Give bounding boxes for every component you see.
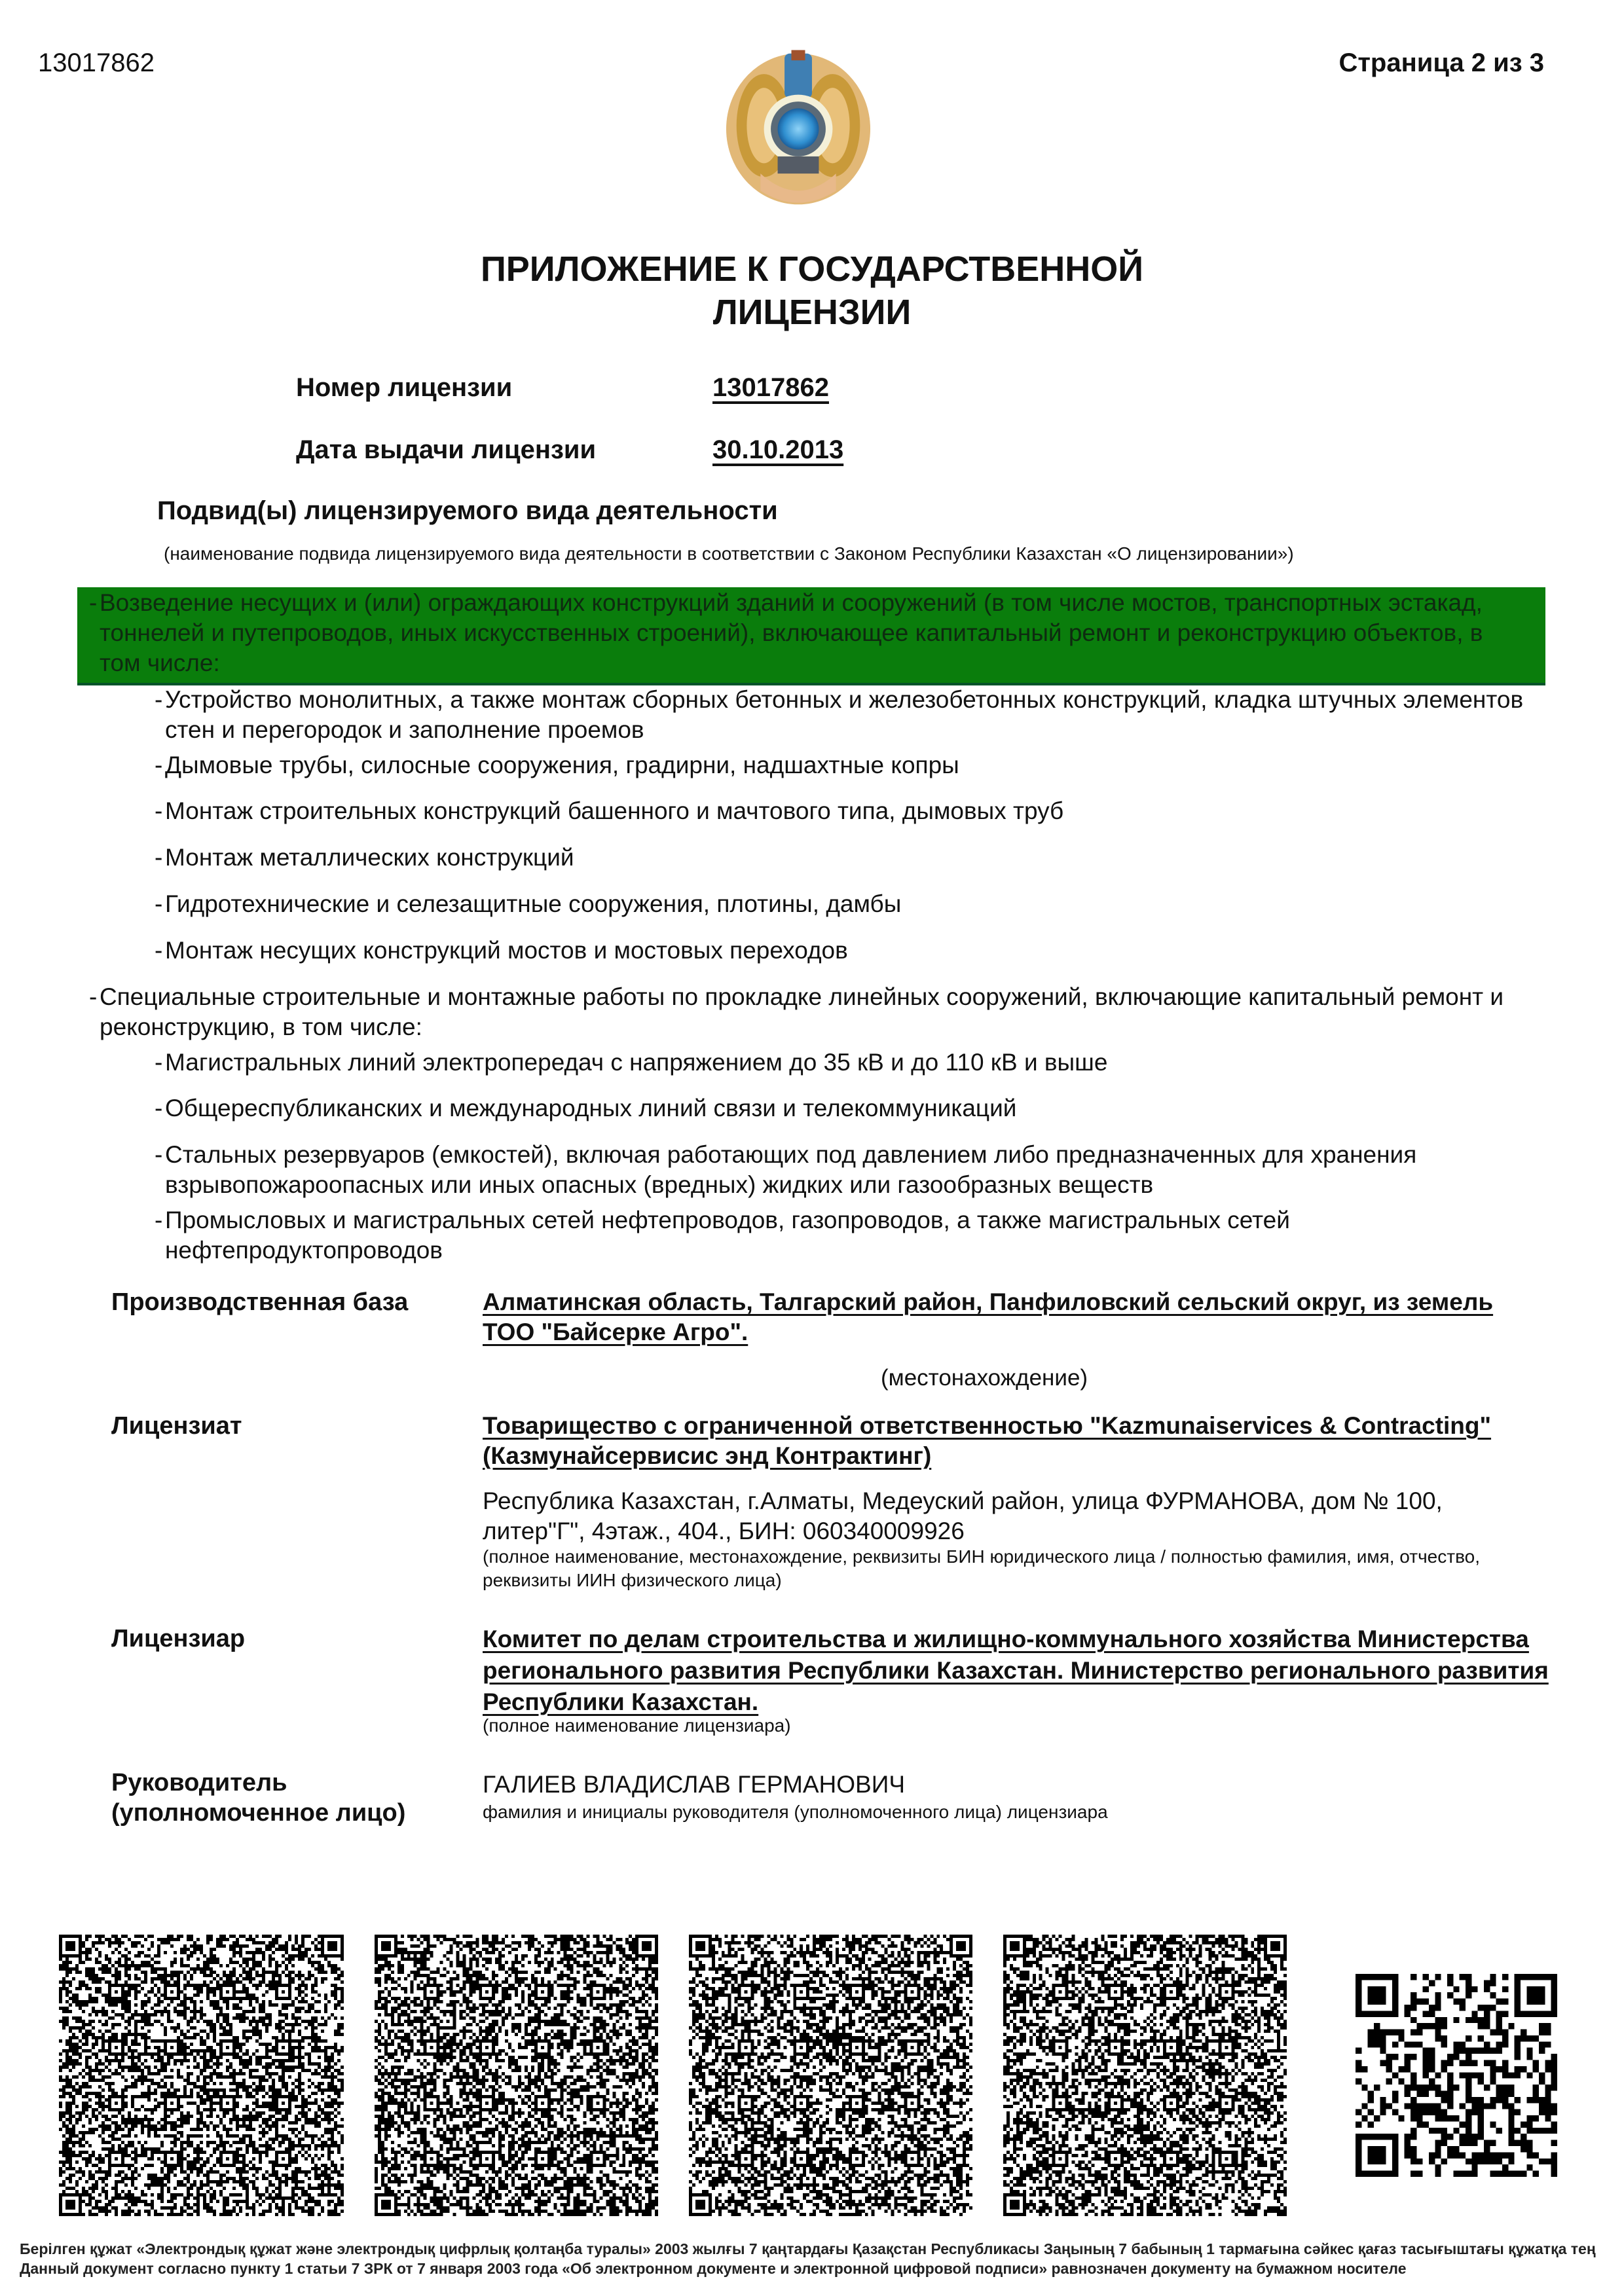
list-item: -Монтаж строительных конструкций башенно…	[165, 796, 1540, 826]
license-number-value: 13017862	[712, 373, 829, 403]
head-caption: фамилия и инициалы руководителя (уполном…	[483, 1800, 1550, 1824]
subtypes-note: (наименование подвида лицензируемого вид…	[164, 543, 1294, 564]
licensor-name: Комитет по делам строительства и жилищно…	[483, 1624, 1550, 1718]
licensee-address: Республика Казахстан, г.Алматы, Медеуски…	[483, 1486, 1550, 1546]
title-line-1: ПРИЛОЖЕНИЕ К ГОСУДАРСТВЕННОЙ	[0, 247, 1624, 291]
license-number-label: Номер лицензии	[296, 373, 512, 403]
activity-group-2: -Специальные строительные и монтажные ра…	[100, 982, 1507, 1042]
activity-group-text: Возведение несущих и (или) ограждающих к…	[100, 589, 1483, 676]
title-line-2: ЛИЦЕНЗИИ	[0, 291, 1624, 334]
list-item: -Монтаж несущих конструкций мостов и мос…	[165, 936, 1540, 966]
kazakhstan-state-emblem-icon	[712, 43, 884, 215]
licensee-label: Лицензиат	[111, 1411, 242, 1441]
issue-date-label: Дата выдачи лицензии	[296, 435, 596, 465]
list-item: -Устройство монолитных, а также монтаж с…	[165, 685, 1540, 745]
production-base-value: Алматинская область, Талгарский район, П…	[483, 1287, 1550, 1347]
footer-legal-ru: Данный документ согласно пункту 1 статьи…	[20, 2260, 1407, 2278]
data-matrix-qr-code-3	[689, 1935, 972, 2216]
verification-qr-code	[1356, 1974, 1557, 2177]
document-number: 13017862	[38, 48, 155, 78]
list-item: -Промысловых и магистральных сетей нефте…	[165, 1205, 1540, 1266]
footer-legal-kz: Берілген құжат «Электрондық құжат және э…	[20, 2240, 1596, 2258]
list-item: -Гидротехнические и селезащитные сооруже…	[165, 889, 1540, 919]
activity-group-1: -Возведение несущих и (или) ограждающих …	[100, 588, 1507, 678]
activity-group-text: Специальные строительные и монтажные раб…	[100, 983, 1504, 1040]
list-item: -Общереспубликанских и международных лин…	[165, 1093, 1540, 1123]
issue-date-value: 30.10.2013	[712, 435, 843, 465]
head-label: Руководитель (уполномоченное лицо)	[111, 1768, 405, 1828]
document-title: ПРИЛОЖЕНИЕ К ГОСУДАРСТВЕННОЙ ЛИЦЕНЗИИ	[0, 247, 1624, 334]
data-matrix-qr-code-4	[1003, 1935, 1287, 2216]
list-item: -Дымовые трубы, силосные сооружения, гра…	[165, 750, 1540, 780]
list-item: -Монтаж металлических конструкций	[165, 843, 1540, 873]
list-item: -Стальных резервуаров (емкостей), включа…	[165, 1140, 1540, 1200]
list-item: -Магистральных линий электропередач с на…	[165, 1048, 1540, 1078]
production-base-label: Производственная база	[111, 1287, 408, 1317]
licensee-name: Товарищество с ограниченной ответственно…	[483, 1411, 1550, 1471]
licensor-label: Лицензиар	[111, 1624, 245, 1654]
licensee-caption: (полное наименование, местонахождение, р…	[483, 1545, 1550, 1592]
page-indicator: Страница 2 из 3	[1338, 48, 1544, 78]
production-base-caption: (местонахождение)	[881, 1363, 1088, 1393]
data-matrix-qr-code-1	[59, 1935, 344, 2216]
subtypes-heading: Подвид(ы) лицензируемого вида деятельнос…	[157, 496, 778, 526]
head-name: ГАЛИЕВ ВЛАДИСЛАВ ГЕРМАНОВИЧ	[483, 1770, 1550, 1800]
licensor-caption: (полное наименование лицензиара)	[483, 1714, 1550, 1738]
data-matrix-qr-code-2	[375, 1935, 658, 2216]
